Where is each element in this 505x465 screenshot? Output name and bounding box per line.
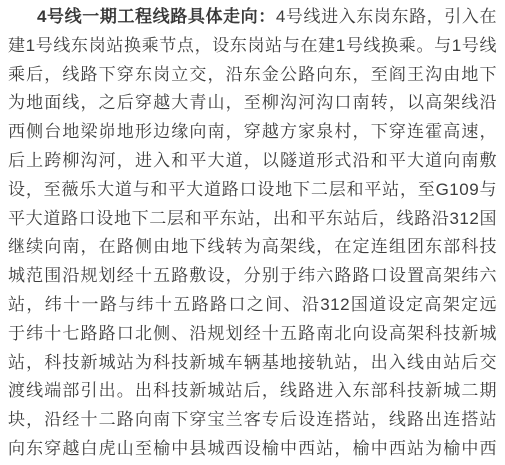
- text-line: 块，沿经十二路向南下穿宝兰客专后设连搭站，线路出连搭站后: [8, 406, 497, 435]
- text-line: 4号线进入东岗东路，引入在: [276, 7, 497, 26]
- text-line: 乘后，线路下穿东岗立交，沿东金公路向东，至阎王沟由地下转: [8, 61, 497, 90]
- text-line: 平大道路口设地下二层和平东站，出和平东站后，线路沿312国道: [8, 205, 497, 234]
- text-line: 站，科技新城站为科技新城车辆基地接轨站，出入线由站后交叉: [8, 349, 497, 378]
- text-line: 城范围沿规划经十五路敷设，分别于纬六路路口设置高架纬六路: [8, 262, 497, 291]
- text-line: 渡线端部引出。出科技新城站后，线路进入东部科技新城二期地: [8, 377, 497, 406]
- text-line: 设，至薇乐大道与和平大道路口设地下二层和平站，至G109与和: [8, 176, 497, 205]
- text-line: 后上跨柳沟河，进入和平大道，以隧道形式沿和平大道向南敷: [8, 147, 497, 176]
- paragraph-line-1: 4号线一期工程线路具体走向：4号线进入东岗东路，引入在: [8, 3, 497, 32]
- text-line: 建1号线东岗站换乘节点，设东岗站与在建1号线换乘。与1号线换: [8, 32, 497, 61]
- text-line: 继续向南，在路侧由地下线转为高架线，在定连组团东部科技新: [8, 233, 497, 262]
- text-line: 站，纬十一路与纬十五路路口之间、沿312国道设定高架定远站，: [8, 291, 497, 320]
- text-line: 向东穿越白虎山至榆中县城西设榆中西站，榆中西站为榆中西停: [8, 435, 497, 464]
- text-line: 于纬十七路路口北侧、沿规划经十五路南北向设高架科技新城: [8, 320, 497, 349]
- article-body: 4号线一期工程线路具体走向：4号线进入东岗东路，引入在 建1号线东岗站换乘节点，…: [0, 0, 505, 465]
- text-line: 西侧台地梁峁地形边缘向南，穿越方家泉村，下穿连霍高速，之: [8, 118, 497, 147]
- route-heading: 4号线一期工程线路具体走向：: [37, 7, 276, 26]
- text-line: 为地面线，之后穿越大青山，至柳沟河沟口南转，以高架线沿沟: [8, 89, 497, 118]
